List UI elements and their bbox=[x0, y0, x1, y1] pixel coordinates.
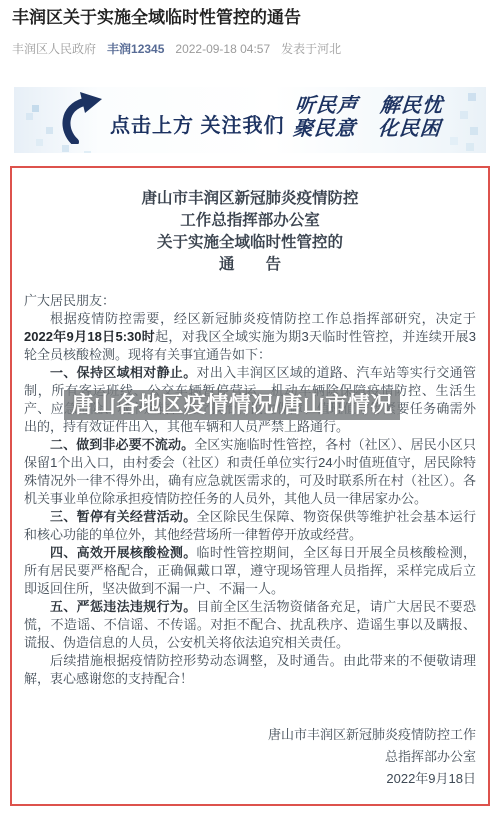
slogan-text: 化民困 bbox=[377, 118, 442, 141]
notice-header-line: 通 告 bbox=[24, 254, 476, 276]
signature-line: 2022年9月18日 bbox=[24, 768, 476, 790]
notice-item: 四、高效开展核酸检测。临时性管控期间，全区每日开展全员核酸检测，所有居民要严格配… bbox=[24, 544, 476, 598]
page-title: 丰润区关于实施全域临时性管控的通告 bbox=[0, 0, 500, 29]
article-page: 丰润区关于实施全域临时性管控的通告 丰润区人民政府 丰润12345 2022-0… bbox=[0, 0, 500, 806]
item-lead: 三、暂停有关经营活动。 bbox=[50, 509, 197, 524]
notice-header-line: 唐山市丰润区新冠肺炎疫情防控 bbox=[24, 188, 476, 210]
byline-publisher: 丰润区人民政府 bbox=[12, 40, 96, 57]
closing-paragraph: 后续措施根据疫情防控形势动态调整，及时通告。由此带来的不便敬请理解，衷心感谢您的… bbox=[24, 652, 476, 688]
notice-header: 唐山市丰润区新冠肺炎疫情防控 工作总指挥部办公室 关于实施全域临时性管控的 通 … bbox=[24, 188, 476, 276]
salutation: 广大居民朋友： bbox=[24, 292, 476, 310]
byline: 丰润区人民政府 丰润12345 2022-09-18 04:57 发表于河北 bbox=[0, 29, 500, 57]
signature-line: 总指挥部办公室 bbox=[24, 746, 476, 768]
notice-document: 唐山市丰润区新冠肺炎疫情防控 工作总指挥部办公室 关于实施全域临时性管控的 通 … bbox=[10, 166, 490, 806]
intro-bold-date: 2022年9月18日5:30时 bbox=[24, 329, 155, 344]
signature-line: 唐山市丰润区新冠肺炎疫情防控工作 bbox=[24, 724, 476, 746]
watermark-text: 唐山各地区疫情情况/唐山市情况 bbox=[71, 392, 393, 417]
watermark-overlay: 唐山各地区疫情情况/唐山市情况 bbox=[64, 390, 400, 420]
signature-block: 唐山市丰润区新冠肺炎疫情防控工作 总指挥部办公室 2022年9月18日 bbox=[24, 724, 476, 790]
item-lead: 四、高效开展核酸检测。 bbox=[50, 545, 197, 560]
byline-location: 发表于河北 bbox=[281, 40, 341, 57]
banner-slogans: 听民声 解民忧 聚民意 化民困 bbox=[292, 95, 444, 141]
pixel-mosaic-decoration bbox=[468, 93, 476, 101]
item-lead: 二、做到非必要不流动。 bbox=[50, 437, 194, 452]
slogan-text: 解民忧 bbox=[379, 95, 444, 118]
pixel-mosaic-decoration bbox=[32, 105, 39, 112]
item-lead: 五、严惩违法违规行为。 bbox=[50, 599, 197, 614]
follow-banner[interactable]: 点击上方 关注我们 听民声 解民忧 聚民意 化民困 bbox=[14, 87, 486, 153]
slogan-text: 聚民意 bbox=[292, 118, 357, 141]
notice-item: 二、做到非必要不流动。全区实施临时性管控，各村（社区）、居民小区只保留1个出入口… bbox=[24, 436, 476, 508]
curved-arrow-icon bbox=[60, 92, 104, 144]
byline-account-link[interactable]: 丰润12345 bbox=[107, 40, 164, 57]
notice-header-line: 关于实施全域临时性管控的 bbox=[24, 232, 476, 254]
notice-header-line: 工作总指挥部办公室 bbox=[24, 210, 476, 232]
notice-item: 三、暂停有关经营活动。全区除民生保障、物资保供等维护社会基本运行和核心功能的单位… bbox=[24, 508, 476, 544]
notice-item: 五、严惩违法违规行为。目前全区生活物资储备充足，请广大居民不要恐慌，不造谣、不信… bbox=[24, 598, 476, 652]
intro-text: 根据疫情防控需要，经区新冠肺炎疫情防控工作总指挥部研究，决定于 bbox=[50, 311, 476, 326]
byline-timestamp: 2022-09-18 04:57 bbox=[175, 42, 270, 56]
item-lead: 一、保持区域相对静止。 bbox=[50, 365, 197, 380]
follow-cta-text: 点击上方 关注我们 bbox=[110, 109, 285, 138]
intro-paragraph: 根据疫情防控需要，经区新冠肺炎疫情防控工作总指挥部研究，决定于2022年9月18… bbox=[24, 310, 476, 364]
slogan-text: 听民声 bbox=[294, 95, 359, 118]
